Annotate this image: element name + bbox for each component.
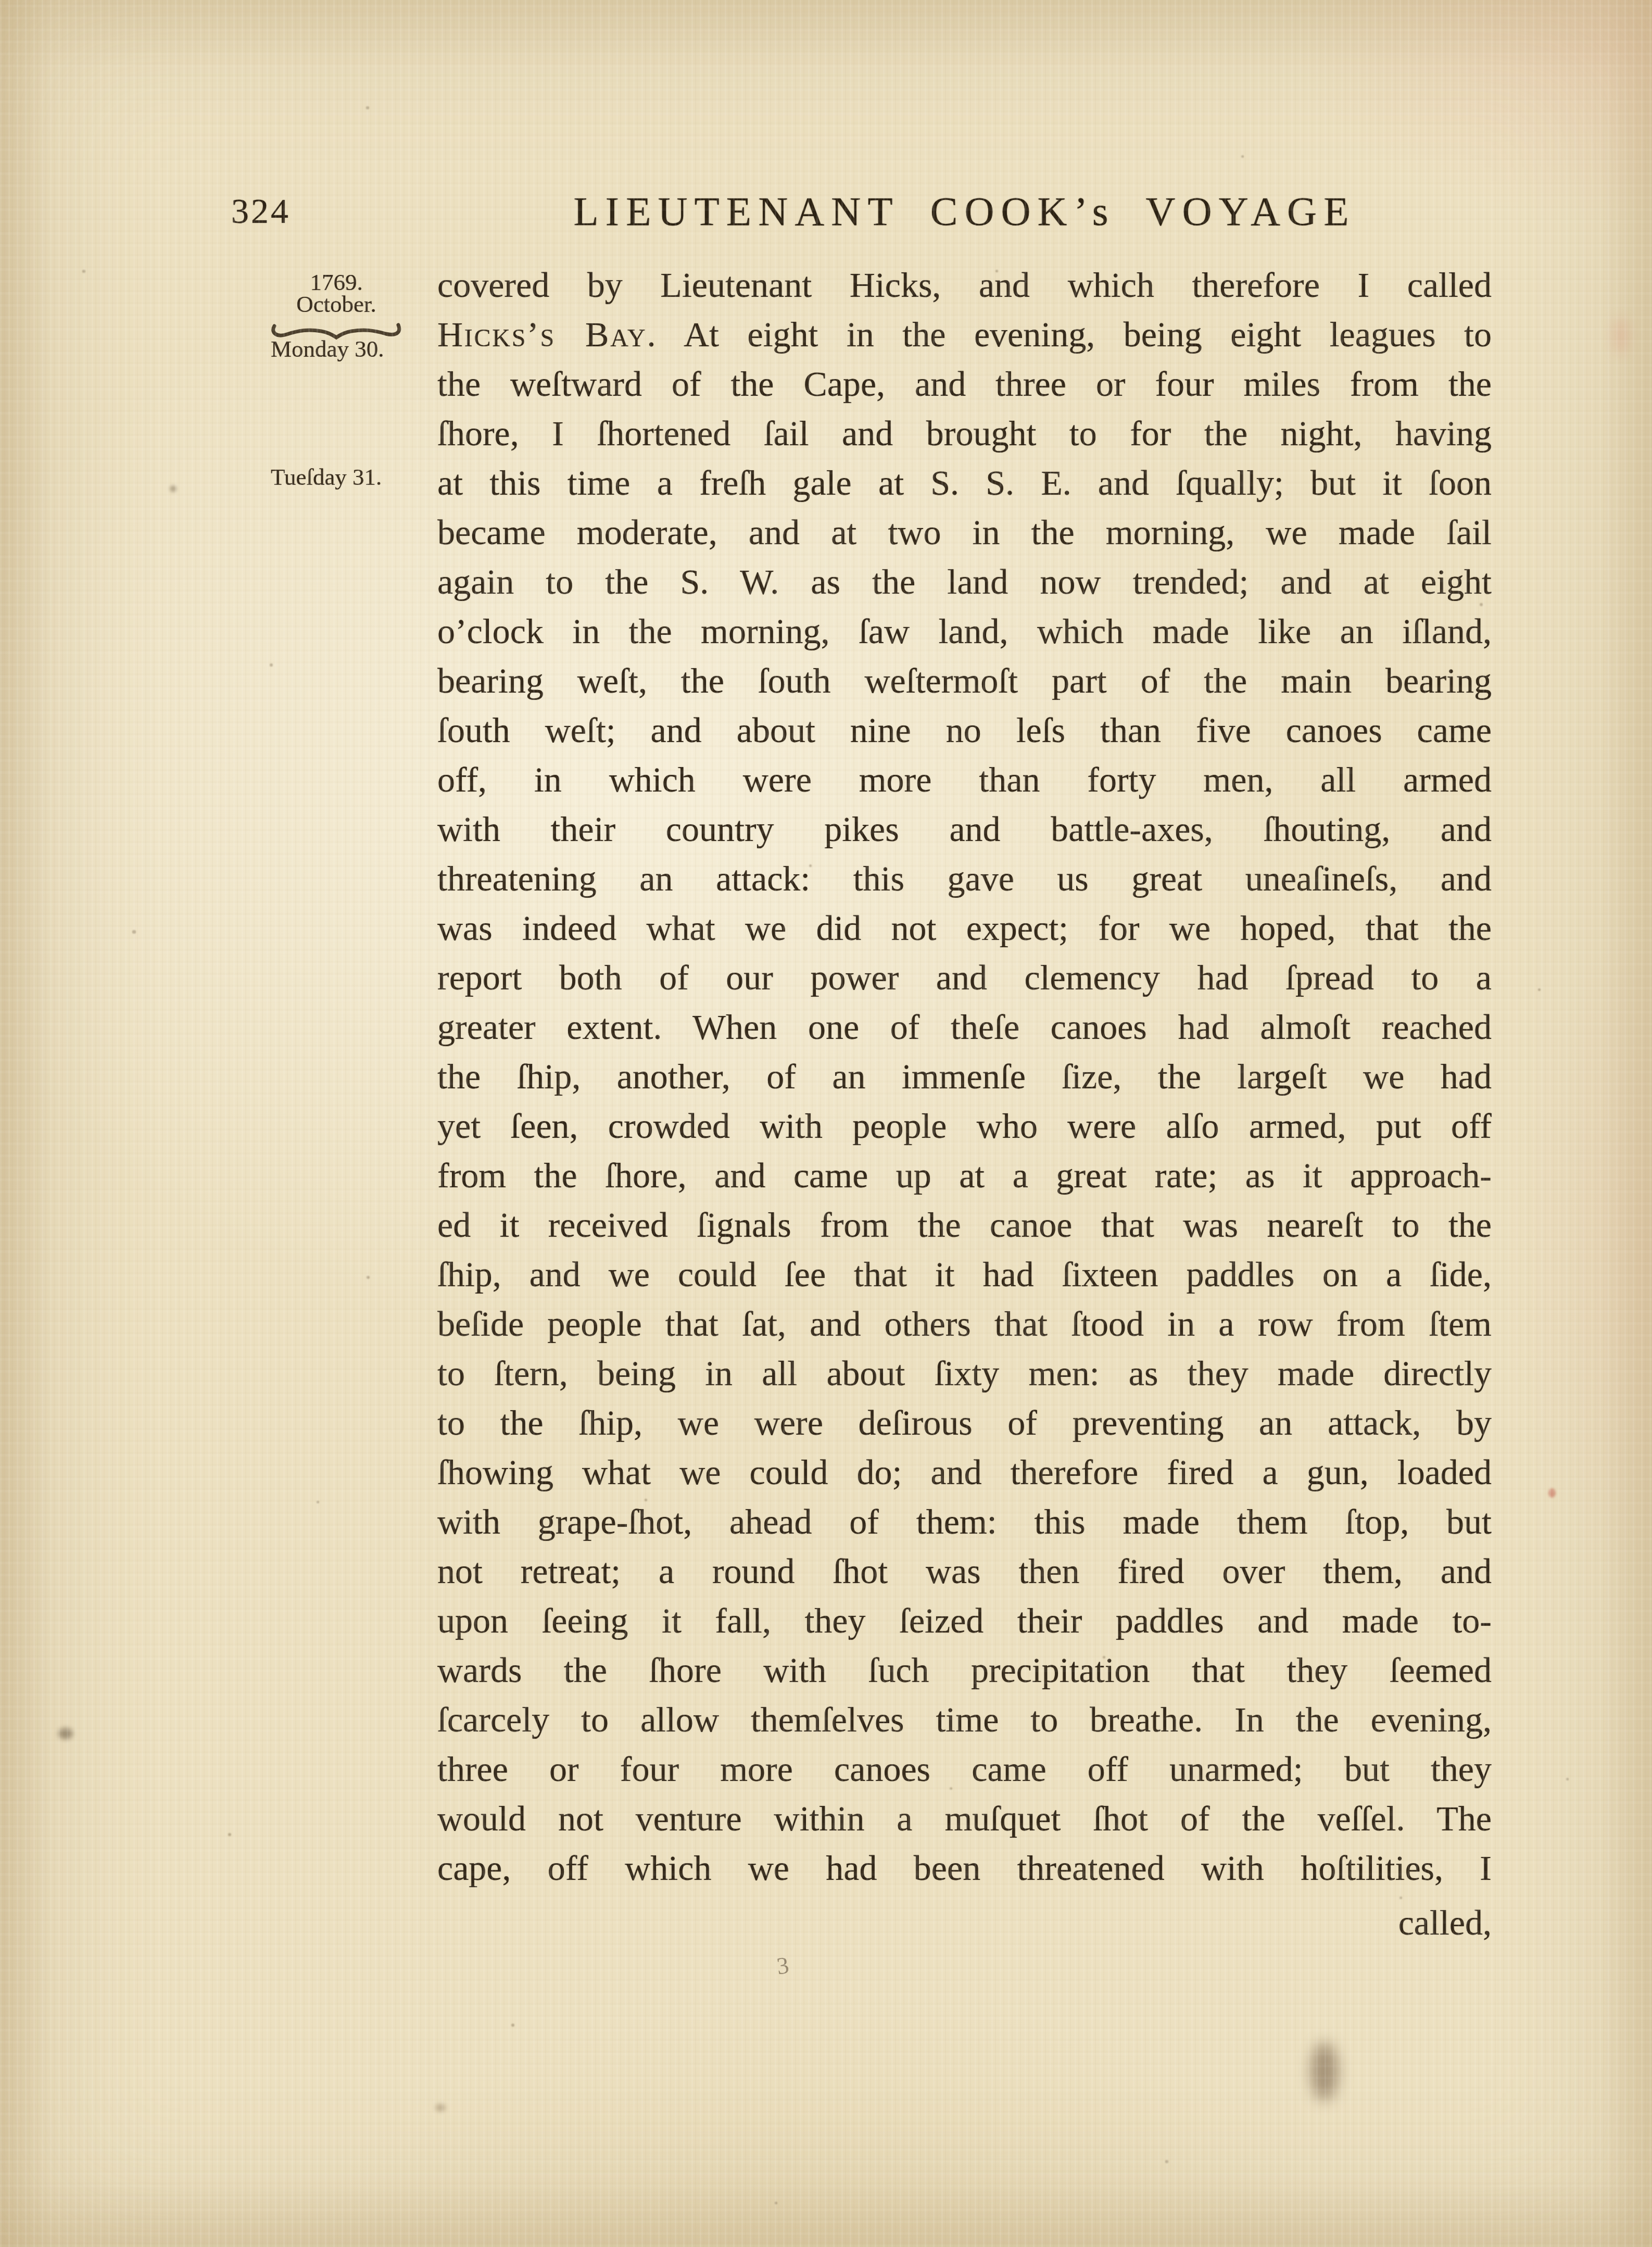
stain	[1548, 1488, 1556, 1498]
margin-note: Tueſday 31.	[260, 463, 412, 491]
body-line-text: not retreat; a round ſhot was then fired…	[437, 1551, 1492, 1591]
body-line: ſouth weſt; and about nine no leſs than …	[437, 706, 1492, 755]
paper-speck	[1165, 2160, 1168, 2163]
body-line: the weſtward of the Cape, and three or f…	[437, 359, 1492, 409]
body-line-text: At eight in the evening, being eight lea…	[657, 315, 1492, 354]
stain	[58, 1728, 73, 1739]
paper-speck	[228, 1833, 231, 1836]
body-line: Hicks’s Bay. At eight in the evening, be…	[437, 310, 1492, 359]
body-line-text: bearing weſt, the ſouth weſtermoſt part …	[437, 661, 1492, 700]
body-line: three or four more canoes came off unarm…	[437, 1744, 1492, 1794]
body-line-text: with their country pikes and battle-axes…	[437, 809, 1492, 849]
body-line: greater extent. When one of theſe canoes…	[437, 1002, 1492, 1052]
margin-note: Monday 30.	[260, 335, 412, 362]
paper-speck	[775, 2202, 777, 2204]
smallcaps-text: Hicks’s Bay.	[437, 315, 657, 354]
running-head: LIEUTENANT COOK’s VOYAGE	[437, 189, 1492, 235]
stain	[435, 2104, 446, 2112]
body-line-text: ed it received ſignals from the canoe th…	[437, 1205, 1492, 1245]
body-line: beſide people that ſat, and others that …	[437, 1299, 1492, 1349]
body-line: was indeed what we did not expect; for w…	[437, 903, 1492, 953]
body-line-text: from the ſhore, and came up at a great r…	[437, 1156, 1492, 1195]
paper-speck	[1241, 155, 1244, 158]
body-line: o’clock in the morning, ſaw land, which …	[437, 607, 1492, 656]
body-line: ſcarcely to allow themſelves time to bre…	[437, 1695, 1492, 1744]
body-line-text: off, in which were more than forty men, …	[437, 760, 1492, 799]
stain	[170, 485, 176, 492]
body-line-text: greater extent. When one of theſe canoes…	[437, 1007, 1492, 1047]
body-line: covered by Lieutenant Hicks, and which t…	[437, 260, 1492, 310]
body-line-text: the weſtward of the Cape, and three or f…	[437, 364, 1492, 404]
body-line: threatening an attack: this gave us grea…	[437, 854, 1492, 903]
body-line: yet ſeen, crowded with people who were a…	[437, 1101, 1492, 1151]
body-line: the ſhip, another, of an immenſe ſize, t…	[437, 1052, 1492, 1101]
body-line: bearing weſt, the ſouth weſtermoſt part …	[437, 656, 1492, 706]
body-line: ſhip, and we could ſee that it had ſixte…	[437, 1250, 1492, 1299]
body-line: from the ſhore, and came up at a great r…	[437, 1151, 1492, 1200]
stain	[1613, 318, 1629, 354]
body-line-text: ſhore, I ſhortened ſail and brought to f…	[437, 413, 1492, 453]
body-line-text: at this time a freſh gale at S. S. E. an…	[437, 463, 1492, 503]
body-line-text: became moderate, and at two in the morni…	[437, 512, 1492, 552]
body-text: covered by Lieutenant Hicks, and which t…	[437, 260, 1492, 1893]
paper-speck	[132, 930, 136, 934]
paper-speck	[1566, 1778, 1569, 1780]
body-line-text: again to the S. W. as the land now trend…	[437, 562, 1492, 601]
body-line: cape, off which we had been threatened w…	[437, 1843, 1492, 1893]
paper-speck	[82, 270, 85, 273]
body-line: off, in which were more than forty men, …	[437, 755, 1492, 805]
body-line-text: beſide people that ſat, and others that …	[437, 1304, 1492, 1344]
body-line: to ſtern, being in all about ſixty men: …	[437, 1349, 1492, 1398]
body-line: would not venture within a muſquet ſhot …	[437, 1794, 1492, 1843]
body-line-text: ſcarcely to allow themſelves time to bre…	[437, 1700, 1492, 1739]
body-line-text: upon ſeeing it fall, they ſeized their p…	[437, 1601, 1492, 1640]
body-line-text: cape, off which we had been threatened w…	[437, 1848, 1492, 1888]
body-line-text: was indeed what we did not expect; for w…	[437, 908, 1492, 948]
stain	[1311, 2042, 1338, 2101]
body-line-text: ſhowing what we could do; and therefore …	[437, 1452, 1492, 1492]
body-line: not retreat; a round ſhot was then fired…	[437, 1547, 1492, 1596]
body-line-text: threatening an attack: this gave us grea…	[437, 859, 1492, 898]
body-line-text: ſouth weſt; and about nine no leſs than …	[437, 710, 1492, 750]
body-line: ſhore, I ſhortened ſail and brought to f…	[437, 409, 1492, 458]
body-line: upon ſeeing it fall, they ſeized their p…	[437, 1596, 1492, 1646]
body-line-text: wards the ſhore with ſuch precipitation …	[437, 1650, 1492, 1690]
body-line-text: would not venture within a muſquet ſhot …	[437, 1799, 1492, 1838]
signature-mark: 3	[775, 1951, 790, 1980]
body-line-text: to ſtern, being in all about ſixty men: …	[437, 1353, 1492, 1393]
body-line: at this time a freſh gale at S. S. E. an…	[437, 458, 1492, 508]
body-line: wards the ſhore with ſuch precipitation …	[437, 1646, 1492, 1695]
body-line: report both of our power and clemency ha…	[437, 953, 1492, 1002]
body-line-text: yet ſeen, crowded with people who were a…	[437, 1106, 1492, 1146]
body-line-text: with grape-ſhot, ahead of them: this mad…	[437, 1502, 1492, 1541]
book-page-scan: 324 LIEUTENANT COOK’s VOYAGE 1769.Octobe…	[0, 0, 1652, 2247]
body-line: became moderate, and at two in the morni…	[437, 508, 1492, 557]
body-line-text: report both of our power and clemency ha…	[437, 958, 1492, 997]
paper-speck	[1538, 988, 1541, 991]
body-line: to the ſhip, we were deſirous of prevent…	[437, 1398, 1492, 1448]
body-line: ed it received ſignals from the canoe th…	[437, 1200, 1492, 1250]
catchword: called,	[437, 1898, 1492, 1948]
body-line-text: o’clock in the morning, ſaw land, which …	[437, 611, 1492, 651]
margin-note: October.	[260, 291, 412, 318]
body-line-text: covered by Lieutenant Hicks, and which t…	[437, 265, 1492, 305]
body-line: with their country pikes and battle-axes…	[437, 805, 1492, 854]
body-line-text: ſhip, and we could ſee that it had ſixte…	[437, 1254, 1492, 1294]
body-line-text: three or four more canoes came off unarm…	[437, 1749, 1492, 1789]
body-line-text: to the ſhip, we were deſirous of prevent…	[437, 1403, 1492, 1442]
paper-speck	[511, 2024, 514, 2027]
margin-notes: 1769.October. Monday 30.Tueſday 31.	[260, 0, 412, 2247]
body-line: ſhowing what we could do; and therefore …	[437, 1448, 1492, 1497]
body-line: again to the S. W. as the land now trend…	[437, 557, 1492, 607]
body-line: with grape-ſhot, ahead of them: this mad…	[437, 1497, 1492, 1547]
body-line-text: the ſhip, another, of an immenſe ſize, t…	[437, 1057, 1492, 1096]
